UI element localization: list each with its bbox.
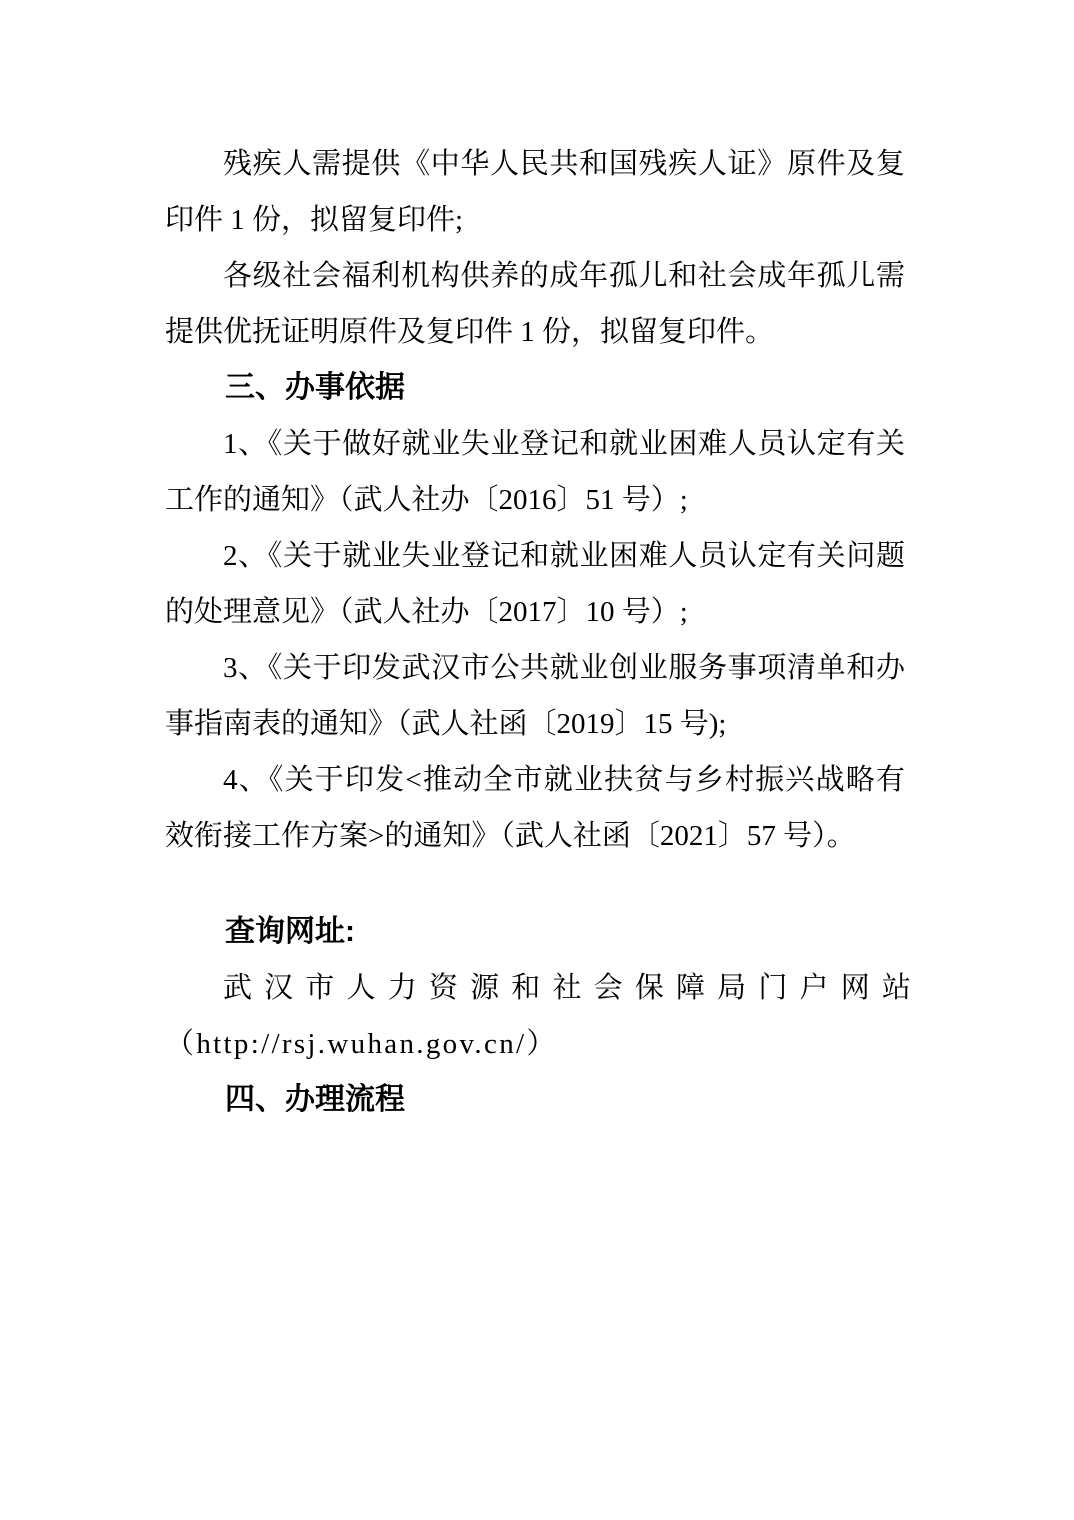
- paragraph-orphans-proof: 各级社会福利机构供养的成年孤儿和社会成年孤儿需提供优抚证明原件及复印件 1 份，…: [165, 248, 905, 360]
- section-heading-basis: 三、办事依据: [165, 360, 905, 416]
- document-page: 残疾人需提供《中华人民共和国残疾人证》原件及复印件 1 份，拟留复印件; 各级社…: [0, 0, 1074, 1520]
- portal-site-name: 武汉市人力资源和社会保障局门户网站: [165, 960, 905, 1016]
- section-heading-process: 四、办理流程: [165, 1072, 905, 1128]
- basis-item-2: 2、《关于就业失业登记和就业困难人员认定有关问题的处理意见》（武人社办〔2017…: [165, 528, 905, 640]
- basis-item-1: 1、《关于做好就业失业登记和就业困难人员认定有关工作的通知》（武人社办〔2016…: [165, 416, 905, 528]
- portal-site-url: （http://rsj.wuhan.gov.cn/）: [165, 1016, 905, 1072]
- basis-item-4: 4、《关于印发<推动全市就业扶贫与乡村振兴战略有效衔接工作方案>的通知》（武人社…: [165, 752, 905, 864]
- paragraph-disabled-certificate: 残疾人需提供《中华人民共和国残疾人证》原件及复印件 1 份，拟留复印件;: [165, 136, 905, 248]
- query-url-heading: 查询网址:: [165, 904, 905, 960]
- basis-item-3: 3、《关于印发武汉市公共就业创业服务事项清单和办事指南表的通知》（武人社函〔20…: [165, 640, 905, 752]
